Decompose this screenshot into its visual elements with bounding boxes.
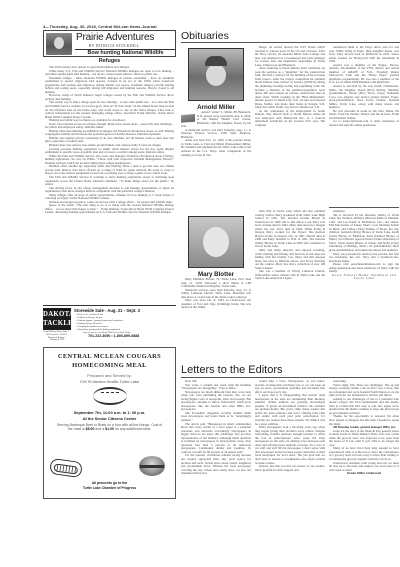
- obituary-name: Arnold Miller: [181, 104, 251, 111]
- newspaper-page: 4—Thursday, Aug. 30, 2018, Central McLea…: [43, 24, 400, 567]
- meal-description: Serving Barbeque Beef or Brats on a bun …: [54, 423, 165, 431]
- paragraph: The easiest way to find a refuge open fo…: [45, 101, 174, 119]
- paragraph: The Fish and Wildlife Service is working…: [45, 176, 174, 187]
- obituary-text: Arnold "Arnie" L. Miller, 88, Bismarck, …: [181, 111, 251, 211]
- obituary-column-3: transferred them to the Fargo office are…: [329, 46, 399, 360]
- letter-signature: DeAnn Miller, Underwood: [329, 472, 399, 476]
- burger-icon: [139, 456, 165, 476]
- proceeds-line-1: All proceeds go to the: [44, 481, 175, 485]
- obituary-text: Auxiliary. She is survived by her husban…: [329, 210, 399, 360]
- sale-items-list: Rods, reels, combos & line Outdoor cookw…: [76, 314, 123, 331]
- event-date-time: September 7th, 11:00 a.m. to 1: 00 p.m.: [44, 410, 175, 415]
- football-icon: [93, 387, 127, 405]
- obituaries-grid: Arnold Miller Arnold "Arnie" L. Miller, …: [181, 43, 400, 353]
- mary-blotter-photo: [188, 216, 244, 268]
- prepared-by: Prepared and Served by:: [44, 373, 175, 378]
- obituary-text: transferred them to the Fargo office are…: [329, 46, 399, 208]
- dakota-tackle-logo: DAKOTA TACKLE: [43, 308, 71, 330]
- letters-column-3: readership. You're right, Jim. There are…: [329, 380, 399, 567]
- funeral-home: Goetz Funeral Home, Washburn and Turtle …: [329, 274, 399, 281]
- obituary-text: Diego, he served aboard the USS Staten w…: [255, 46, 325, 208]
- letters-grid: Dear Jim: You wrote a column last week w…: [181, 380, 400, 567]
- letters-header: Letters to the Editors: [181, 364, 400, 378]
- paragraph: Easement refuges – those National Wildli…: [45, 77, 174, 95]
- columnist-photo: [46, 33, 72, 55]
- store-address: Grand Valley Plaza Suite 1 · 901 Ernst S…: [43, 331, 71, 342]
- prairie-adventures-column: Prairie Adventures By Patricia Stockdill…: [43, 30, 176, 499]
- proceeds-line-2: Turtle Lake Chamber of Progress: [44, 486, 175, 490]
- letters-column-1: Dear Jim: You wrote a column last week w…: [181, 380, 251, 567]
- column-title: Prairie Adventures: [76, 32, 154, 43]
- letters-column-2: would take a blow. Newspapers, as you kn…: [255, 380, 325, 567]
- article-body: The 2018 archery deer season is open Nor…: [43, 64, 176, 303]
- organization: CHI St Alexius Health-Turtle Lake: [44, 379, 175, 384]
- obituary-name: Mary Blotter: [181, 271, 251, 278]
- column-byline: By Patricia Stockdill: [89, 44, 140, 48]
- arnold-miller-photo: [188, 48, 244, 101]
- obituary-text: farm NW of Turtle Lake where she also at…: [255, 210, 325, 360]
- paragraph: Quote of the Week: "The best thing to do…: [45, 204, 174, 215]
- article-headline: Bow hunting National Wildlife: [75, 50, 176, 56]
- hotdog-icon: [49, 458, 83, 478]
- obituary-column-1: Arnold Miller Arnold "Arnie" L. Miller, …: [181, 46, 251, 334]
- obituary-text: Mary Mathilda Blotter, 75, Turtle Lake, …: [181, 278, 251, 334]
- page-folio: 4—Thursday, Aug. 30, 2018, Central McLea…: [43, 24, 243, 29]
- obituary-column-2: Diego, he served aboard the USS Staten w…: [255, 46, 325, 360]
- event-location: At the Senior Citizens Center: [44, 416, 175, 421]
- ad-title: CENTRAL MCLEAN COUGARS: [44, 353, 175, 360]
- ad-subtitle: HOMECOMING MEAL: [44, 362, 175, 369]
- obituaries-header: Obituaries: [181, 30, 400, 43]
- extra-meat-price: $1.00: [105, 427, 114, 431]
- column-masthead: Prairie Adventures By Patricia Stockdill…: [43, 30, 176, 57]
- dakota-tackle-ad: DAKOTA TACKLE Grand Valley Plaza Suite 1…: [43, 305, 176, 343]
- homecoming-meal-ad: CENTRAL MCLEAN COUGARS HOMECOMING MEAL P…: [43, 347, 176, 499]
- store-phone: 701-222-3050 • 1-800-899-8888: [88, 334, 139, 338]
- right-section: Obituaries Arnold Miller Arnold "Arnie" …: [181, 30, 400, 353]
